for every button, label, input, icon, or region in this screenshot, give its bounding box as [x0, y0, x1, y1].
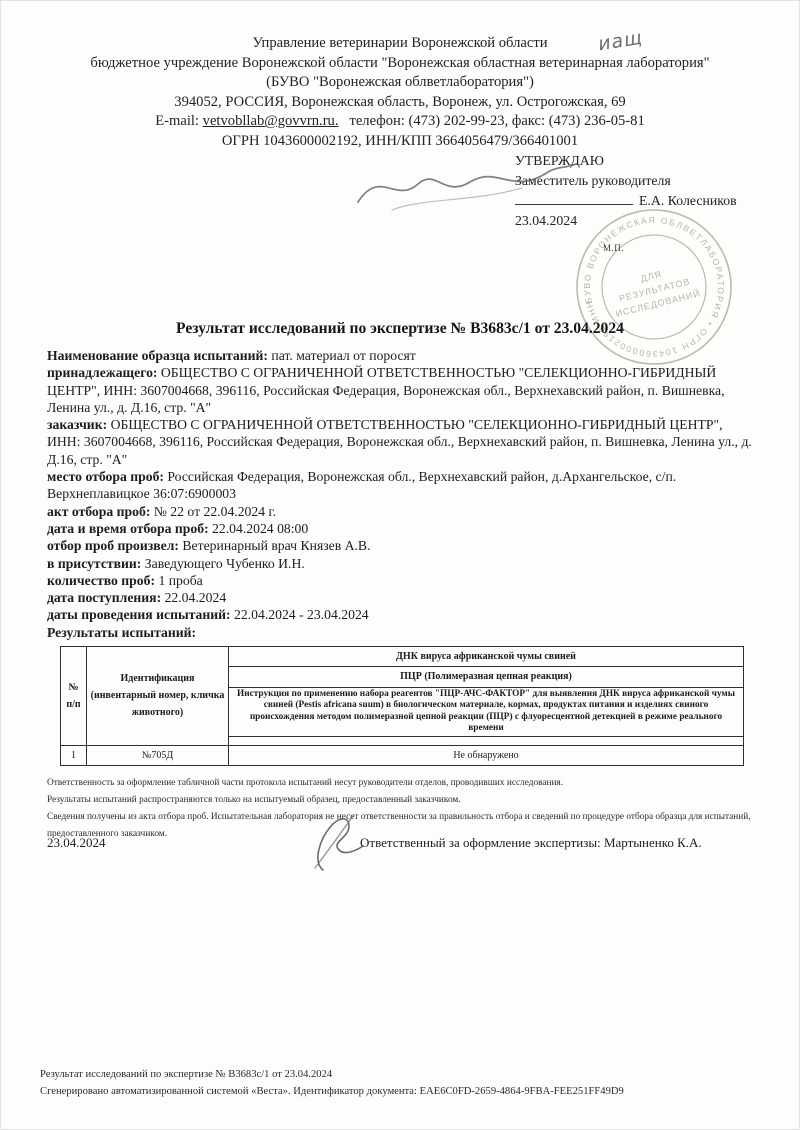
- org-department: Управление ветеринарии Воронежской облас…: [0, 34, 800, 54]
- org-contacts-row: E-mail: vetvobllab@govvrn.ru. телефон: (…: [0, 112, 800, 132]
- approver-name: Е.А. Колесников: [639, 193, 737, 208]
- col-header-identification: Идентификация (инвентарный номер, кличка…: [87, 647, 229, 746]
- col-header-method-details: Инструкция по применению набора реагенто…: [229, 687, 744, 736]
- signature-line: [515, 192, 633, 205]
- org-address: 394052, РОССИЯ, Воронежская область, Вор…: [0, 93, 800, 113]
- field-sampling-act: акт отбора проб: № 22 от 22.04.2024 г.: [47, 503, 755, 520]
- table-row: 1 №705Д Не обнаружено: [61, 745, 744, 765]
- approval-date: 23.04.2024: [515, 211, 785, 231]
- org-name: бюджетное учреждение Воронежской области…: [0, 54, 800, 74]
- field-sample-name: Наименование образца испытаний: пат. мат…: [47, 347, 755, 364]
- responsible-person: Ответственный за оформление экспертизы: …: [360, 835, 702, 851]
- approval-block: УТВЕРЖДАЮ Заместитель руководителя Е.А. …: [515, 151, 785, 231]
- cell-result: Не обнаружено: [229, 745, 744, 765]
- note-1: Ответственность за оформление табличной …: [47, 775, 755, 792]
- table-header-row-group: № п/п Идентификация (инвентарный номер, …: [61, 647, 744, 667]
- results-table: № п/п Идентификация (инвентарный номер, …: [60, 646, 744, 766]
- footer-expertise-ref: Результат исследований по экспертизе № В…: [40, 1067, 760, 1084]
- col-header-num: № п/п: [61, 647, 87, 746]
- org-short-name: (БУВО "Воронежская облветлаборатория"): [0, 73, 800, 93]
- letterhead: Управление ветеринарии Воронежской облас…: [0, 34, 800, 151]
- cell-num: 1: [61, 745, 87, 765]
- document-body: Наименование образца испытаний: пат. мат…: [47, 347, 755, 843]
- document-title: Результат исследований по экспертизе № В…: [0, 320, 800, 338]
- scanned-lab-report-page: { "header": { "line1": "Управление ветер…: [0, 0, 800, 1130]
- approver-position: Заместитель руководителя: [515, 171, 785, 191]
- field-customer: заказчик: ОБЩЕСТВО С ОГРАНИЧЕННОЙ ОТВЕТС…: [47, 416, 755, 468]
- cell-id: №705Д: [87, 745, 229, 765]
- email-label: E-mail:: [155, 113, 199, 129]
- stamp-center-line1: ДЛЯ: [640, 269, 663, 284]
- field-received-date: дата поступления: 22.04.2024: [47, 589, 755, 606]
- col-header-test-group: ДНК вируса африканской чумы свиней: [229, 647, 744, 667]
- footer-generated-by: Сгенерировано автоматизированной системо…: [40, 1084, 760, 1101]
- field-witness: в присутствии: Заведующего Чубенко И.Н.: [47, 555, 755, 572]
- field-sampling-place: место отбора проб: Российская Федерация,…: [47, 468, 755, 503]
- stamp-center-line3: ИССЛЕДОВАНИЙ: [614, 287, 701, 319]
- results-heading: Результаты испытаний:: [47, 624, 755, 641]
- note-2: Результаты испытаний распространяются то…: [47, 792, 755, 809]
- field-sampled-by: отбор проб произвел: Ветеринарный врач К…: [47, 537, 755, 554]
- document-footer: Результат исследований по экспертизе № В…: [40, 1067, 760, 1100]
- signoff-row: 23.04.2024 Ответственный за оформление э…: [47, 828, 755, 878]
- field-owner: принадлежащего: ОБЩЕСТВО С ОГРАНИЧЕННОЙ …: [47, 364, 755, 416]
- field-sampling-datetime: дата и время отбора проб: 22.04.2024 08:…: [47, 520, 755, 537]
- spacer-cell: [229, 736, 744, 745]
- signature-line-row: Е.А. Колесников: [515, 191, 785, 211]
- signoff-date: 23.04.2024: [47, 835, 106, 851]
- approve-word: УТВЕРЖДАЮ: [515, 151, 785, 171]
- phone-fax: телефон: (473) 202-99-23, факс: (473) 23…: [349, 113, 644, 129]
- org-ogrn-inn: ОГРН 1043600002192, ИНН/КПП 3664056479/3…: [0, 132, 800, 152]
- responsible-signature-icon: [309, 812, 367, 874]
- col-header-method: ПЦР (Полимеразная цепная реакция): [229, 667, 744, 687]
- field-test-dates: даты проведения испытаний: 22.04.2024 - …: [47, 606, 755, 623]
- place-of-seal-label: М.П.: [603, 243, 624, 253]
- stamp-center-line2: РЕЗУЛЬТАТОВ: [618, 276, 691, 303]
- email-link[interactable]: vetvobllab@govvrn.ru.: [203, 113, 339, 129]
- field-sample-count: количество проб: 1 проба: [47, 572, 755, 589]
